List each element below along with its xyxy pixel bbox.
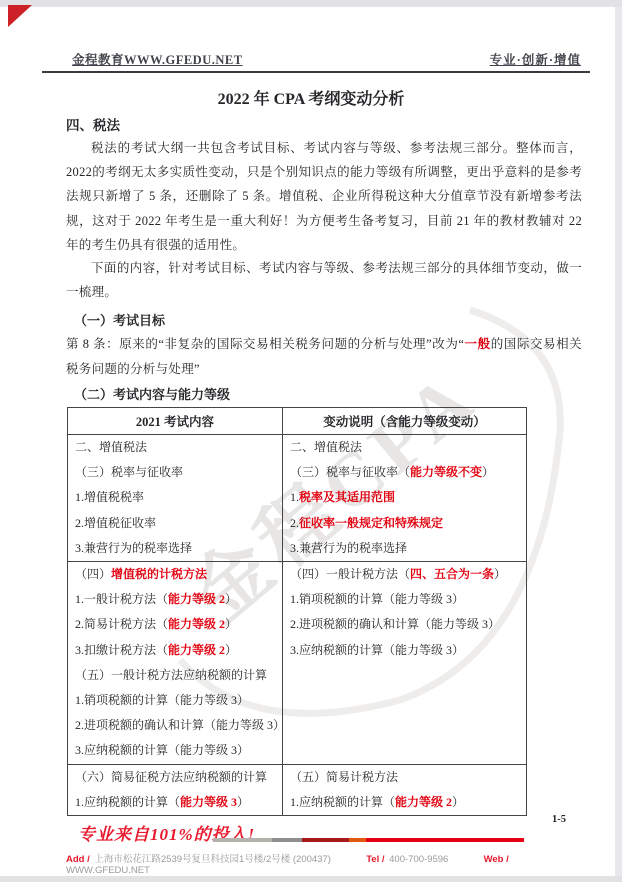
table-cell-line: （四）一般计税方法（四、五合为一条）	[283, 562, 526, 587]
text-segment: （五）一般计税方法应纳税额的计算	[75, 668, 267, 682]
text-segment: 2.简易计税方法（	[75, 617, 168, 631]
text-segment: 3.兼营行为的税率选择	[290, 541, 407, 555]
text-segment: 2.进项税额的确认和计算（能力等级 3）	[75, 718, 282, 732]
text-segment: （四）一般计税方法（	[290, 567, 410, 581]
table-cell-line: （五）一般计税方法应纳税额的计算	[68, 663, 282, 688]
bar-segment	[302, 838, 349, 842]
text-segment: 1.一般计税方法（	[75, 592, 168, 606]
text-segment: 四、五合为一条	[410, 567, 494, 581]
table-header-changes: 变动说明（含能力等级变动）	[283, 408, 527, 435]
text-segment: 1.	[290, 490, 299, 504]
table-cell-line: （三）税率与征收率（能力等级不变）	[283, 460, 526, 485]
text-segment: 二、增值税法	[290, 440, 362, 454]
table-cell-line: 2.简易计税方法（能力等级 2）	[68, 612, 282, 637]
text-segment: 1.应纳税额的计算（	[75, 795, 180, 809]
text-segment: ）	[225, 592, 237, 606]
table-cell-line: 2.增值税征收率	[68, 511, 282, 536]
text-segment: 3.兼营行为的税率选择	[75, 541, 192, 555]
header-rule	[42, 71, 590, 73]
sub-heading-exam-content: （二）考试内容与能力等级	[74, 384, 230, 403]
text-segment: ）	[452, 795, 464, 809]
table-cell-line: 3.兼营行为的税率选择	[68, 536, 282, 561]
text-segment: 增值税的计税方法	[111, 567, 207, 581]
page-title: 2022 年 CPA 考纲变动分析	[0, 86, 622, 109]
text-segment: 2.	[290, 516, 299, 530]
text-segment: 一般	[464, 337, 490, 351]
section-heading: 四、税法	[66, 114, 120, 134]
footer-address-line: Add / 上海市松花江路2539号复旦科技园1号楼/2号楼 (200437) …	[66, 851, 582, 876]
table-row: （六）简易征税方法应纳税额的计算1.应纳税额的计算（能力等级 3）（五）简易计税…	[68, 764, 527, 815]
sub-heading-exam-goal: （一）考试目标	[74, 310, 165, 329]
footer-brand-bar	[213, 838, 524, 842]
table-cell-line: （四）增值税的计税方法	[68, 562, 282, 587]
table-cell-right: 二、增值税法（三）税率与征收率（能力等级不变）1.税率及其适用范围2.征收率一般…	[283, 435, 527, 562]
text-segment: 能力等级 2	[168, 592, 225, 606]
table-cell-line: 二、增值税法	[283, 435, 526, 460]
table-cell-left: 二、增值税法（三）税率与征收率1.增值税税率2.增值税征收率3.兼营行为的税率选…	[68, 435, 283, 562]
table-cell-line: 1.应纳税额的计算（能力等级 2）	[283, 790, 526, 815]
text-segment: （五）简易计税方法	[290, 770, 398, 784]
text-segment: ）	[225, 643, 237, 657]
table-cell-left: （四）增值税的计税方法1.一般计税方法（能力等级 2）2.简易计税方法（能力等级…	[68, 562, 283, 765]
table-cell-line: 1.增值税税率	[68, 485, 282, 510]
text-segment: ）	[237, 795, 249, 809]
text-segment: 能力等级 2	[395, 795, 452, 809]
header-slogan: 专业·创新·增值	[490, 50, 581, 68]
table-cell-line: （六）简易征税方法应纳税额的计算	[68, 765, 282, 790]
text-segment: 征收率一般规定和特殊规定	[299, 516, 443, 530]
text-segment: 3.应纳税额的计算（能力等级 3）	[75, 743, 249, 757]
text-segment: 二、增值税法	[75, 440, 147, 454]
table-cell-left: （六）简易征税方法应纳税额的计算1.应纳税额的计算（能力等级 3）	[68, 764, 283, 815]
table-row: 二、增值税法（三）税率与征收率1.增值税税率2.增值税征收率3.兼营行为的税率选…	[68, 435, 527, 562]
bar-segment	[349, 838, 366, 842]
viewer-top-edge	[0, 0, 622, 7]
text-segment: （三）税率与征收率（	[290, 465, 410, 479]
bar-segment	[272, 838, 302, 842]
text-segment: 能力等级不变	[410, 465, 482, 479]
web-label: Web /	[484, 854, 509, 865]
text-segment: 1.销项税额的计算（能力等级 3）	[75, 693, 249, 707]
paragraph-intro: 下面的内容，针对考试目标、考试内容与等级、参考法规三部分的具体细节变动，做一一梳…	[66, 256, 582, 304]
paragraph-overview: 税法的考试大纲一共包含考试目标、考试内容与等级、参考法规三部分。整体而言，202…	[66, 136, 582, 257]
table-cell-line: 1.应纳税额的计算（能力等级 3）	[68, 790, 282, 815]
text-segment: 能力等级 2	[168, 643, 225, 657]
table-cell-line: 3.应纳税额的计算（能力等级 3）	[283, 638, 526, 663]
text-segment: 2.进项税额的确认和计算（能力等级 3）	[290, 617, 500, 631]
table-cell-right: （五）简易计税方法1.应纳税额的计算（能力等级 2）	[283, 764, 527, 815]
text-segment: ）	[225, 617, 237, 631]
text-segment: 1.应纳税额的计算（	[290, 795, 395, 809]
table-cell-line: 1.一般计税方法（能力等级 2）	[68, 587, 282, 612]
table-cell-line: 1.税率及其适用范围	[283, 485, 526, 510]
table-header-row: 2021 考试内容 变动说明（含能力等级变动）	[68, 408, 527, 435]
table-cell-line: 2.进项税额的确认和计算（能力等级 3）	[68, 713, 282, 738]
text-segment: 能力等级 2	[168, 617, 225, 631]
web-value: WWW.GFEDU.NET	[66, 865, 150, 876]
text-segment: 第 8 条：原来的“非复杂的国际交易相关税务问题的分析与处理”改为“	[66, 337, 464, 351]
text-segment: （三）税率与征收率	[75, 465, 183, 479]
text-segment: 能力等级 3	[180, 795, 237, 809]
text-segment: 3.扣缴计税方法（	[75, 643, 168, 657]
text-segment: ）	[494, 567, 506, 581]
table-cell-line: 3.兼营行为的税率选择	[283, 536, 526, 561]
table-header-2021: 2021 考试内容	[68, 408, 283, 435]
table-row: （四）增值税的计税方法1.一般计税方法（能力等级 2）2.简易计税方法（能力等级…	[68, 562, 527, 765]
paragraph-item8: 第 8 条：原来的“非复杂的国际交易相关税务问题的分析与处理”改为“一般的国际交…	[66, 332, 582, 381]
text-segment: （六）简易征税方法应纳税额的计算	[75, 770, 267, 784]
text-segment: ）	[482, 465, 494, 479]
table-cell-line: 2.进项税额的确认和计算（能力等级 3）	[283, 612, 526, 637]
bar-segment	[213, 838, 272, 842]
bar-segment	[366, 838, 524, 842]
table-cell-right: （四）一般计税方法（四、五合为一条）1.销项税额的计算（能力等级 3）2.进项税…	[283, 562, 527, 765]
table-cell-line: （三）税率与征收率	[68, 460, 282, 485]
page-number: 1-5	[526, 814, 566, 825]
text-segment: 1.增值税税率	[75, 490, 144, 504]
tel-label: Tel /	[366, 854, 384, 865]
table-cell-line: 3.扣缴计税方法（能力等级 2）	[68, 638, 282, 663]
text-segment: 3.应纳税额的计算（能力等级 3）	[290, 643, 464, 657]
table-cell-line: 1.销项税额的计算（能力等级 3）	[68, 688, 282, 713]
header-brand: 金程教育WWW.GFEDU.NET	[72, 50, 243, 68]
text-segment: 税率及其适用范围	[299, 490, 395, 504]
table-cell-line: 2.征收率一般规定和特殊规定	[283, 511, 526, 536]
table-cell-line: （五）简易计税方法	[283, 765, 526, 790]
text-segment: 1.销项税额的计算（能力等级 3）	[290, 592, 464, 606]
red-corner-marker-icon	[8, 5, 32, 27]
address-value: 上海市松花江路2539号复旦科技园1号楼/2号楼 (200437)	[94, 854, 331, 865]
address-label: Add /	[66, 854, 90, 865]
text-segment: （四）	[75, 567, 111, 581]
vertical-scrollbar[interactable]	[615, 7, 622, 876]
tel-value: 400-700-9596	[389, 854, 448, 865]
table-cell-line: 3.应纳税额的计算（能力等级 3）	[68, 738, 282, 763]
text-segment: 2.增值税征收率	[75, 516, 156, 530]
viewer-bottom-edge	[0, 876, 622, 882]
comparison-table: 2021 考试内容 变动说明（含能力等级变动） 二、增值税法（三）税率与征收率1…	[67, 407, 527, 816]
table-cell-line: 二、增值税法	[68, 435, 282, 460]
table-cell-line: 1.销项税额的计算（能力等级 3）	[283, 587, 526, 612]
